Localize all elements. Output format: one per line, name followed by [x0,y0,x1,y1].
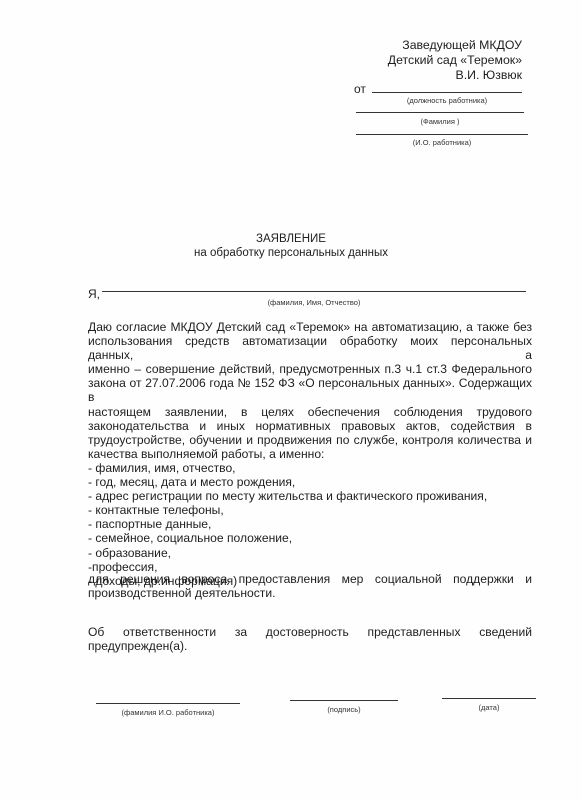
responsibility-line: предупрежден(а). [88,639,532,653]
data-list-item: - фамилия, имя, отчество, [88,461,532,475]
addressee-line: Заведующей МКДОУ [388,38,522,53]
paragraph-line: настоящем заявлении, в целях обеспечения… [88,405,532,419]
paragraph-line: трудоустройстве, обучении и продвижения … [88,433,532,447]
purpose-paragraph: для решения вопроса предоставления мер с… [88,572,532,600]
date-field-line[interactable] [442,698,536,699]
addressee-line: В.И. Юзвюк [388,68,522,83]
data-list-item: - образование, [88,546,532,560]
paragraph-line: качества выполняемой работы, а именно: [88,447,532,461]
purpose-line: для решения вопроса предоставления мер с… [88,572,532,586]
data-list-item: - контактные телефоны, [88,503,532,517]
data-list-item: - паспортные данные, [88,517,532,531]
applicant-prefix: Я, [88,287,100,301]
employee-name-caption: (фамилия И.О. работника) [96,708,240,717]
position-caption: (должность работника) [372,96,522,105]
title-main: ЗАЯВЛЕНИЕ [0,232,582,246]
paragraph-line: законодательства и иных нормативных прав… [88,419,532,433]
surname-caption: (Фамилия ) [356,117,524,126]
position-field-line[interactable] [372,92,522,93]
initials-field-line[interactable] [356,134,528,135]
paragraph-line: Даю согласие МКДОУ Детский сад «Теремок»… [88,320,532,334]
paragraph-line: именно – совершение действий, предусмотр… [88,362,532,376]
document-title: ЗАЯВЛЕНИЕ на обработку персональных данн… [0,232,582,260]
paragraph-line: закона от 27.07.2006 года № 152 ФЗ «О пе… [88,376,532,404]
from-label: от [354,82,366,96]
responsibility-line: Об ответственности за достоверность пред… [88,625,532,639]
title-sub: на обработку персональных данных [0,246,582,260]
document-page: Заведующей МКДОУ Детский сад «Теремок» В… [0,0,582,800]
addressee-line: Детский сад «Теремок» [388,53,522,68]
responsibility-paragraph: Об ответственности за достоверность пред… [88,625,532,653]
full-name-caption: (фамилия, Имя, Отчество) [102,298,526,307]
consent-paragraph: Даю согласие МКДОУ Детский сад «Теремок»… [88,320,532,588]
signature-caption: (подпись) [290,705,398,714]
addressee-block: Заведующей МКДОУ Детский сад «Теремок» В… [388,38,522,83]
full-name-field-line[interactable] [102,291,526,292]
data-list-item: - адрес регистрации по месту жительства … [88,489,532,503]
date-caption: (дата) [442,703,536,712]
signature-field-line[interactable] [290,700,398,701]
surname-field-line[interactable] [356,112,524,113]
purpose-line: производственной деятельности. [88,586,532,600]
data-list-item: - год, месяц, дата и место рождения, [88,475,532,489]
data-list-item: - семейное, социальное положение, [88,531,532,545]
employee-name-field-line[interactable] [96,703,240,704]
paragraph-line: использования средств автоматизации обра… [88,334,532,362]
initials-caption: (И.О. работника) [356,138,528,147]
